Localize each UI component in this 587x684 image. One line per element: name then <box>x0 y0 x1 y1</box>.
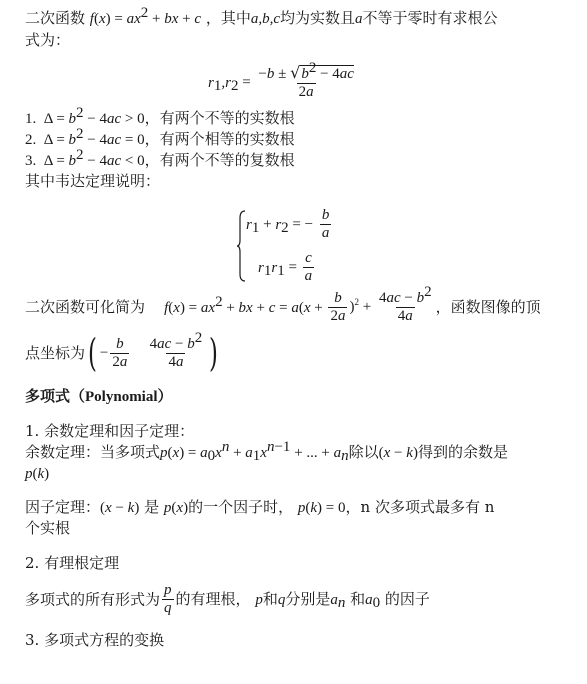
vertex-form-line-1: 二次函数可化简为 f(x) = ax2 + bx + c = a(x + b2a… <box>25 289 541 325</box>
coefficients: a,b,c <box>251 11 280 27</box>
intro-line-2: 式为： <box>25 30 70 50</box>
intro-mid: ，其中 <box>206 9 251 27</box>
intro-suffix: 不等于零时有求根公 <box>363 9 498 27</box>
vieta-intro: 其中韦达定理说明： <box>25 171 160 191</box>
intro-line-1: 二次函数 f(x) = ax2 + bx + c ，其中a,b,c均为实数且a不… <box>25 8 498 29</box>
intro-mid2: 均为实数且 <box>280 9 355 27</box>
discriminant-case-1: 1. Δ = b2 − 4ac > 0，有两个不等的实数根 <box>25 108 295 129</box>
quadratic-fraction: −b ± √b2 − 4ac 2a <box>256 64 356 101</box>
vieta-product: r1r1 = ca <box>258 250 316 285</box>
factor-theorem-line-2: 个实根 <box>25 518 70 538</box>
remainder-theorem: 余数定理：当多项式p(x) = a0xn + a1xn−1 + ... + an… <box>25 442 508 463</box>
vertex-form-line-2: 点坐标为(−b2a 4ac − b24a) <box>25 333 221 373</box>
coefficient-a: a <box>355 11 363 27</box>
item-3-title: 3. 多项式方程的变换 <box>25 630 164 650</box>
discriminant-case-3: 3. Δ = b2 − 4ac < 0，有两个不等的复数根 <box>25 150 295 171</box>
factor-theorem: 因子定理：(x − k) 是 p(x)的一个因子时， p(k) = 0，n 次多… <box>25 497 494 518</box>
vieta-sum: r1 + r2 = − ba <box>246 207 333 242</box>
remainder-result: p(k) <box>25 463 49 484</box>
item-1-title: 1. 余数定理和因子定理： <box>25 421 194 441</box>
discriminant-case-2: 2. Δ = b2 − 4ac = 0，有两个相等的实数根 <box>25 129 295 150</box>
rational-root-theorem: 多项式的所有形式为pq的有理根， p和q分别是an 和a0 的因子 <box>25 582 430 617</box>
section-heading-polynomial: 多项式（Polynomial） <box>25 386 173 407</box>
item-2-title: 2. 有理根定理 <box>25 553 119 573</box>
left-paren: ( <box>88 333 97 373</box>
quadratic-formula: r1,r2 = −b ± √b2 − 4ac 2a <box>208 64 358 101</box>
right-paren: ) <box>209 333 218 373</box>
intro-prefix: 二次函数 <box>25 9 85 27</box>
left-brace-icon <box>236 210 246 282</box>
